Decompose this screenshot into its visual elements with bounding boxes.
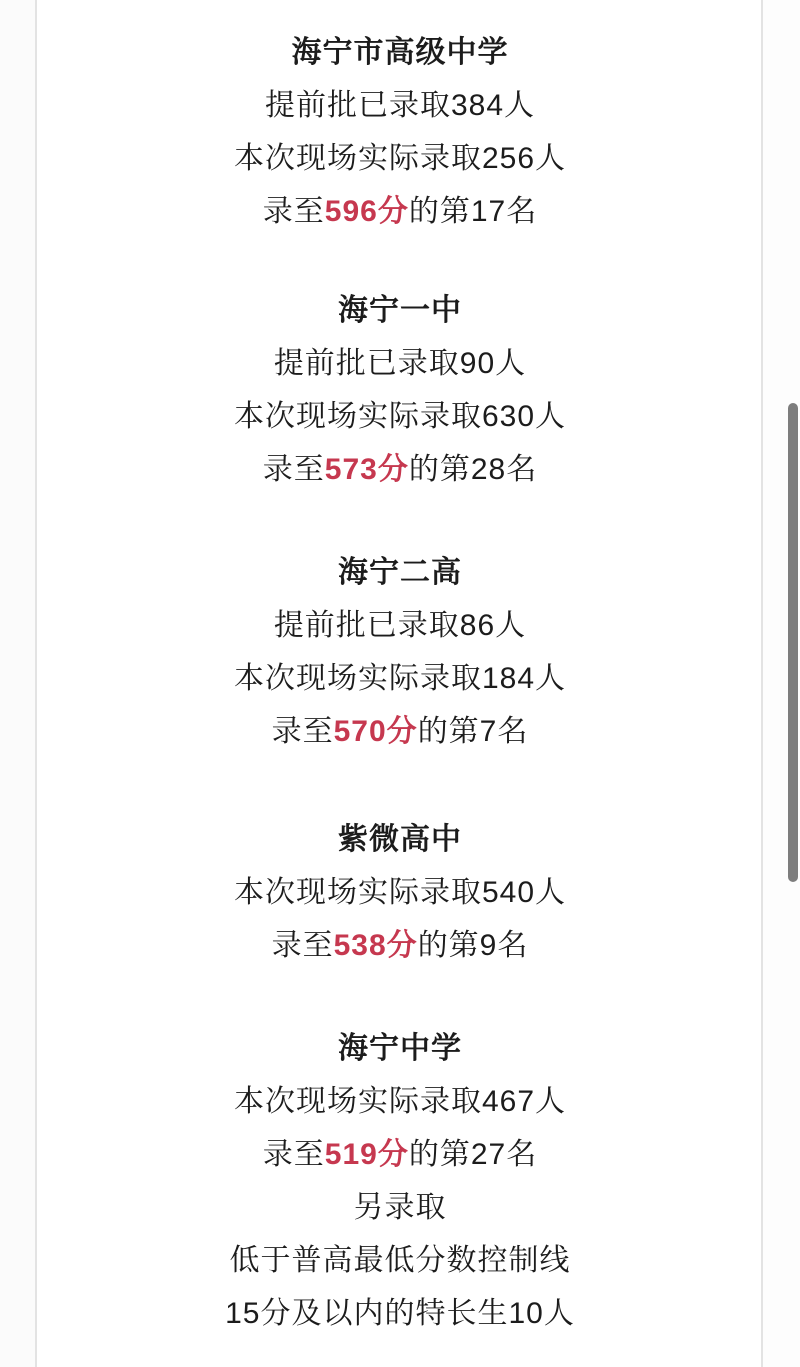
stat-line: 提前批已录取86人	[39, 599, 761, 652]
scrollbar-thumb[interactable]	[788, 403, 798, 882]
stat-text: 的第28名	[409, 453, 537, 486]
stat-line: 录至596分的第17名	[39, 185, 761, 238]
school-title: 海宁二高	[39, 546, 761, 599]
school-section: 海宁一中 提前批已录取90人 本次现场实际录取630人 录至573分的第28名	[39, 284, 761, 496]
stat-line: 录至519分的第27名	[39, 1128, 761, 1181]
stat-text: 的第7名	[418, 715, 529, 748]
stat-text: 的第9名	[418, 929, 529, 962]
stat-line: 本次现场实际录取540人	[39, 866, 761, 919]
stat-text: 另录取	[354, 1191, 447, 1224]
school-title: 紫微高中	[39, 813, 761, 866]
stat-text: 低于普高最低分数控制线	[230, 1244, 571, 1277]
score-highlight: 519分	[325, 1138, 409, 1171]
stat-text: 15分及以内的特长生10人	[225, 1297, 575, 1330]
stat-line: 本次现场实际录取467人	[39, 1075, 761, 1128]
stat-text: 录至	[272, 929, 334, 962]
stat-text: 提前批已录取86人	[274, 609, 526, 642]
stat-line: 低于普高最低分数控制线	[39, 1234, 761, 1287]
score-highlight: 596分	[325, 195, 409, 228]
school-section: 海宁中学 本次现场实际录取467人 录至519分的第27名 另录取 低于普高最低…	[39, 1022, 761, 1340]
school-title: 海宁市高级中学	[39, 26, 761, 79]
stat-line: 本次现场实际录取630人	[39, 390, 761, 443]
stat-text: 本次现场实际录取184人	[234, 662, 566, 695]
school-title: 海宁中学	[39, 1022, 761, 1075]
stat-text: 本次现场实际录取467人	[234, 1085, 566, 1118]
stat-line: 提前批已录取384人	[39, 79, 761, 132]
score-highlight: 570分	[334, 715, 418, 748]
stat-text: 本次现场实际录取540人	[234, 876, 566, 909]
stat-line: 另录取	[39, 1181, 761, 1234]
stat-text: 录至	[263, 1138, 325, 1171]
stat-line: 本次现场实际录取256人	[39, 132, 761, 185]
left-page-margin	[0, 0, 37, 1367]
score-highlight: 573分	[325, 453, 409, 486]
school-title: 海宁一中	[39, 284, 761, 337]
stat-line: 录至573分的第28名	[39, 443, 761, 496]
score-highlight: 538分	[334, 929, 418, 962]
stat-text: 的第27名	[409, 1138, 537, 1171]
stat-line: 录至538分的第9名	[39, 919, 761, 972]
stat-text: 录至	[263, 453, 325, 486]
stat-text: 提前批已录取384人	[265, 89, 535, 122]
school-section: 海宁二高 提前批已录取86人 本次现场实际录取184人 录至570分的第7名	[39, 546, 761, 758]
stat-line: 本次现场实际录取184人	[39, 652, 761, 705]
school-section: 紫微高中 本次现场实际录取540人 录至538分的第9名	[39, 813, 761, 972]
stat-line: 提前批已录取90人	[39, 337, 761, 390]
stat-text: 的第17名	[409, 195, 537, 228]
stat-text: 录至	[272, 715, 334, 748]
article-content: 海宁市高级中学 提前批已录取384人 本次现场实际录取256人 录至596分的第…	[39, 0, 761, 1340]
stat-text: 录至	[263, 195, 325, 228]
stat-text: 本次现场实际录取630人	[234, 400, 566, 433]
stat-line: 录至570分的第7名	[39, 705, 761, 758]
school-section: 海宁市高级中学 提前批已录取384人 本次现场实际录取256人 录至596分的第…	[39, 26, 761, 238]
stat-line: 15分及以内的特长生10人	[39, 1287, 761, 1340]
stat-text: 本次现场实际录取256人	[234, 142, 566, 175]
stat-text: 提前批已录取90人	[274, 347, 526, 380]
